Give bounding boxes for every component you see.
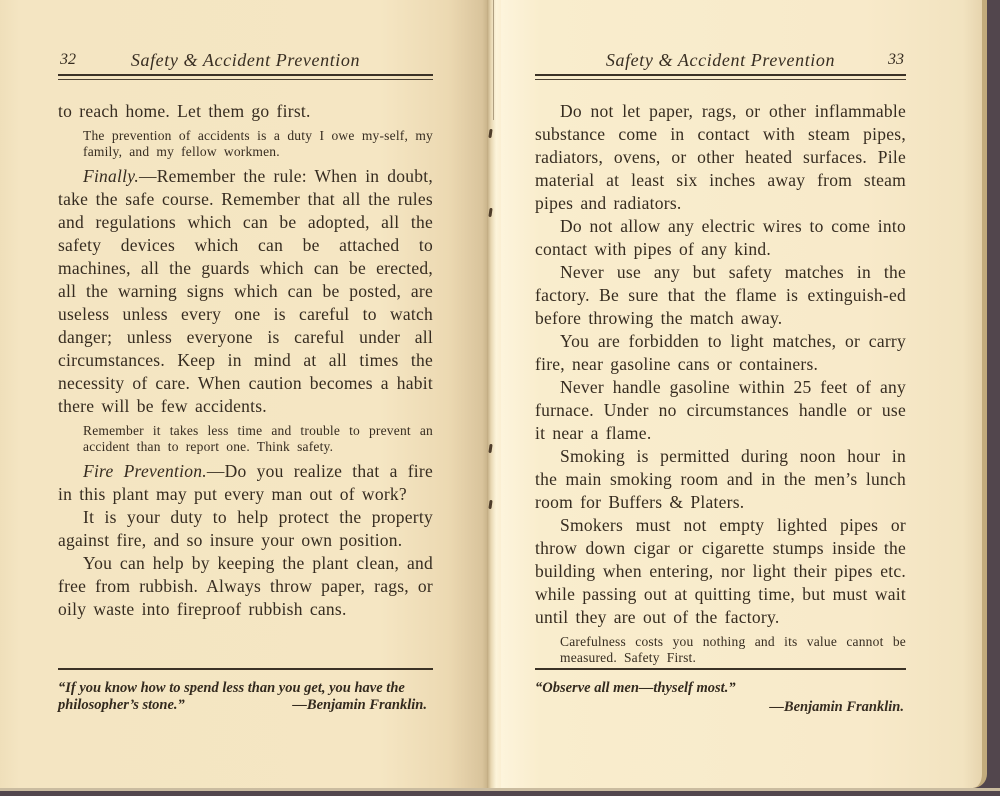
- body-paragraph: Smokers must not empty lighted pipes or …: [535, 514, 906, 629]
- small-note: The prevention of accidents is a duty I …: [83, 128, 433, 159]
- stitch-mark: [488, 129, 492, 138]
- left-page-number: 32: [60, 51, 76, 69]
- left-body-text: to reach home. Let them go first. The pr…: [58, 100, 433, 621]
- book-gutter: [487, 0, 501, 788]
- paragraph-lead: Finally.: [83, 166, 139, 186]
- body-paragraph: Never handle gasoline within 25 feet of …: [535, 376, 906, 445]
- body-paragraph: Finally.—Remember the rule: When in doub…: [58, 165, 433, 418]
- left-footer-quote: “If you know how to spend less than you …: [58, 680, 433, 714]
- stitch-mark: [488, 444, 492, 453]
- left-page-header: 32 Safety & Accident Prevention: [58, 50, 433, 72]
- right-footer-quote: “Observe all men—thyself most.”: [535, 680, 906, 697]
- quote-attribution: —Benjamin Franklin.: [535, 699, 906, 716]
- right-page-footer: “Observe all men—thyself most.” —Benjami…: [535, 668, 906, 716]
- book-spread: 32 Safety & Accident Prevention to reach…: [0, 0, 1000, 791]
- paragraph-text: —Remember the rule: When in doubt, take …: [58, 166, 433, 416]
- left-header-title: Safety & Accident Prevention: [58, 50, 433, 71]
- right-page-number: 33: [888, 51, 904, 69]
- small-note: Remember it takes less time and trouble …: [83, 423, 433, 454]
- right-header-rule: [535, 74, 906, 80]
- left-page-footer: “If you know how to spend less than you …: [58, 668, 433, 714]
- body-paragraph: You are forbidden to light matches, or c…: [535, 330, 906, 376]
- right-page: Safety & Accident Prevention 33 Do not l…: [501, 0, 987, 788]
- stitch-mark: [488, 208, 492, 217]
- body-paragraph: It is your duty to help protect the prop…: [58, 506, 433, 552]
- quote-attribution: —Benjamin Franklin.: [292, 697, 427, 714]
- small-note: Carefulness costs you nothing and its va…: [560, 634, 906, 665]
- quote-text: “Observe all men—thyself most.”: [535, 680, 736, 696]
- stitch-mark: [488, 500, 492, 509]
- body-paragraph: Smoking is permitted during noon hour in…: [535, 445, 906, 514]
- body-paragraph: Never use any but safety matches in the …: [535, 261, 906, 330]
- open-book-scan: 32 Safety & Accident Prevention to reach…: [0, 0, 1000, 796]
- body-paragraph: You can help by keeping the plant clean,…: [58, 552, 433, 621]
- right-header-title: Safety & Accident Prevention: [535, 50, 906, 71]
- right-page-header: Safety & Accident Prevention 33: [535, 50, 906, 72]
- paragraph-lead: Fire Prevention.: [83, 461, 207, 481]
- right-body-text: Do not let paper, rags, or other inflamm…: [535, 100, 906, 665]
- left-footer-rule: [58, 668, 433, 670]
- body-paragraph: Do not allow any electric wires to come …: [535, 215, 906, 261]
- body-paragraph: Do not let paper, rags, or other inflamm…: [535, 100, 906, 215]
- gutter-crease: [493, 0, 494, 120]
- right-footer-rule: [535, 668, 906, 670]
- body-paragraph: to reach home. Let them go first.: [58, 100, 433, 123]
- body-paragraph: Fire Prevention.—Do you realize that a f…: [58, 460, 433, 506]
- left-header-rule: [58, 74, 433, 80]
- left-page: 32 Safety & Accident Prevention to reach…: [0, 0, 487, 788]
